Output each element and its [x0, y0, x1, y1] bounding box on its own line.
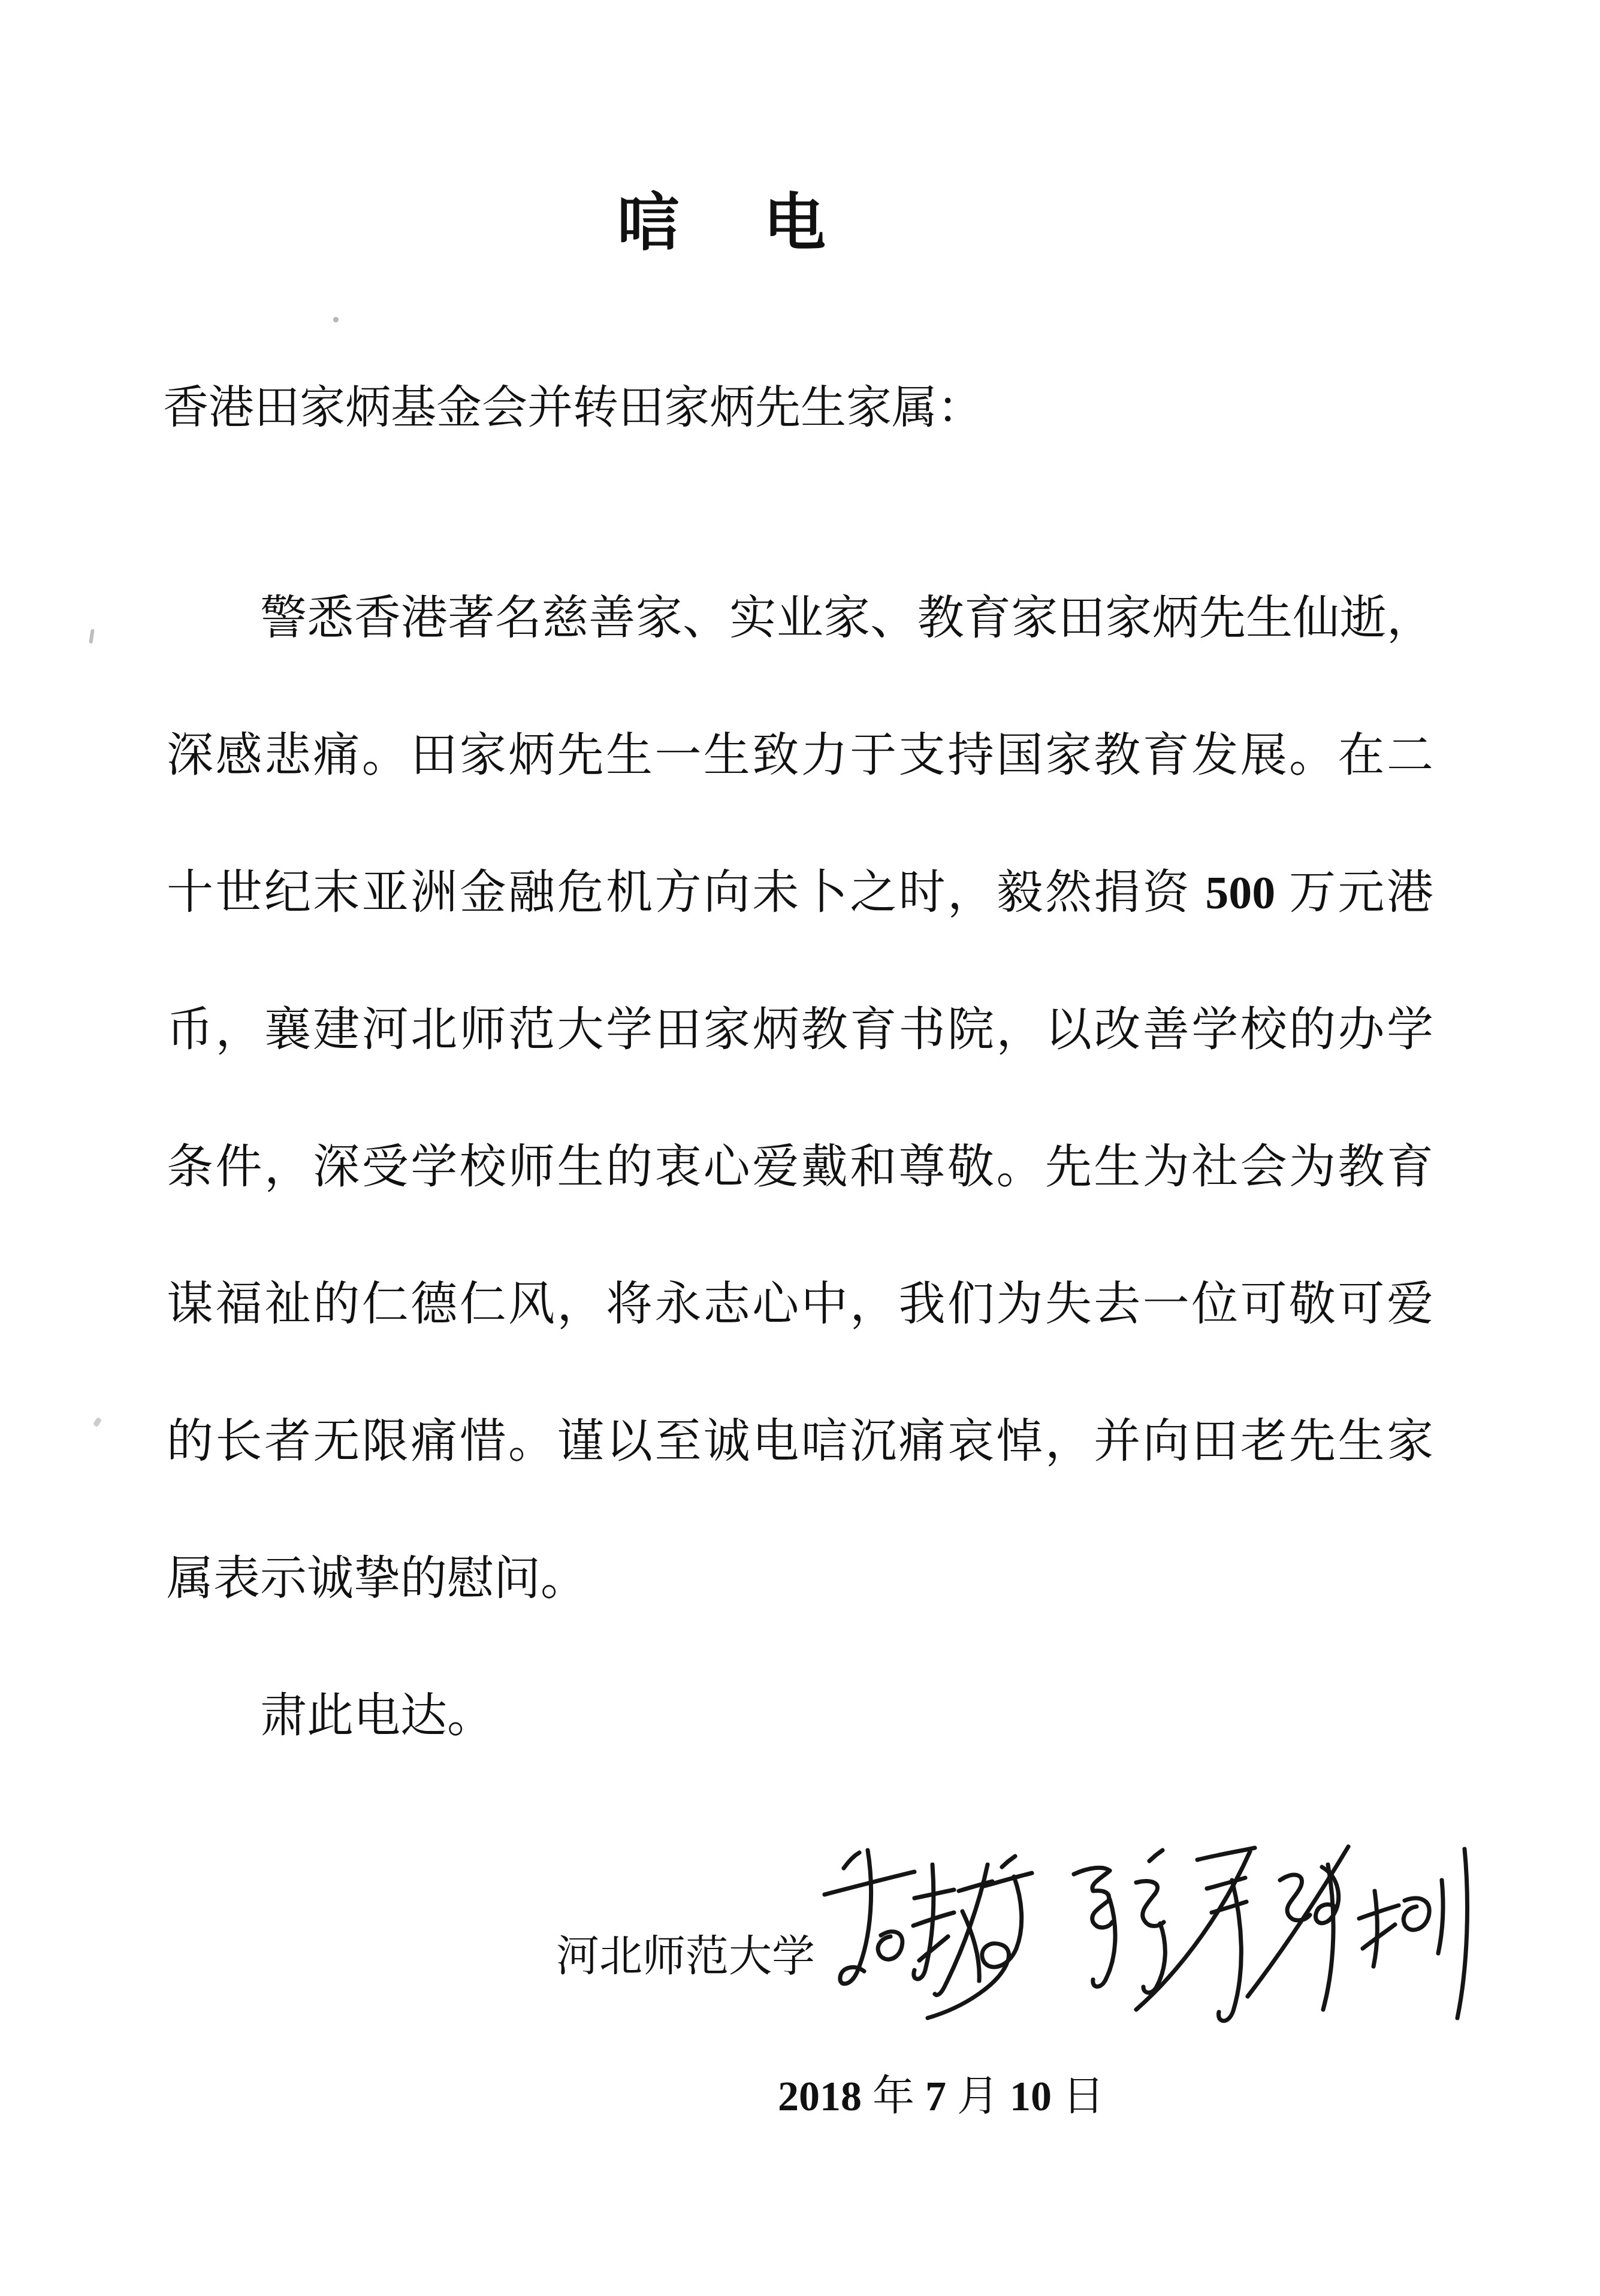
scan-artifact-tick [93, 1417, 102, 1427]
body-line-4: 币，襄建河北师范大学田家炳教育书院，以改善学校的办学 [167, 961, 1433, 1098]
body-line-7: 的长者无限痛惜。谨以至诚电唁沉痛哀悼，并向田老先生家 [167, 1373, 1433, 1510]
date-month-suffix: 月 [957, 2074, 999, 2120]
body-line-3-tail: 万元港 [1275, 866, 1433, 919]
salutation-line: 香港田家炳基金会并转田家炳先生家属： [163, 382, 983, 434]
closing-line: 肃此电达。 [167, 1647, 1433, 1784]
body-line-1: 警悉香港著名慈善家、实业家、教育家田家炳先生仙逝， [167, 549, 1433, 687]
scan-artifact-dot [333, 317, 339, 322]
donation-amount: 500 [1205, 866, 1275, 919]
body-line-2: 深感悲痛。田家炳先生一生致力于支持国家教育发展。在二 [167, 687, 1433, 824]
letter-body: 警悉香港著名慈善家、实业家、教育家田家炳先生仙逝， 深感悲痛。田家炳先生一生致力… [167, 549, 1433, 1784]
date-day: 10 [1010, 2074, 1052, 2120]
scan-artifact-tick [89, 629, 94, 644]
date-year-suffix: 年 [873, 2074, 914, 2120]
date-month: 7 [925, 2074, 946, 2120]
body-line-3-text: 十世纪末亚洲金融危机方向未卜之时，毅然捐资 [167, 866, 1205, 919]
date-line: 2018年7月10日 [778, 2073, 1115, 2122]
date-day-suffix: 日 [1062, 2074, 1104, 2120]
date-year: 2018 [778, 2074, 862, 2120]
body-line-6: 谋福祉的仁德仁风，将永志心中，我们为失去一位可敬可爱 [167, 1235, 1433, 1373]
signature-organization: 河北师范大学 [556, 1932, 815, 1981]
body-line-3: 十世纪末亚洲金融危机方向未卜之时，毅然捐资 500 万元港 [167, 824, 1433, 961]
body-line-8: 属表示诚挚的慰问。 [167, 1510, 1433, 1647]
scanned-letter-page: 唁 电 香港田家炳基金会并转田家炳先生家属： 警悉香港著名慈善家、实业家、教育家… [0, 0, 1600, 2296]
handwritten-signatures [797, 1809, 1486, 2049]
body-line-5: 条件，深受学校师生的衷心爱戴和尊敬。先生为社会为教育 [167, 1098, 1433, 1235]
letter-title: 唁 电 [617, 193, 837, 255]
